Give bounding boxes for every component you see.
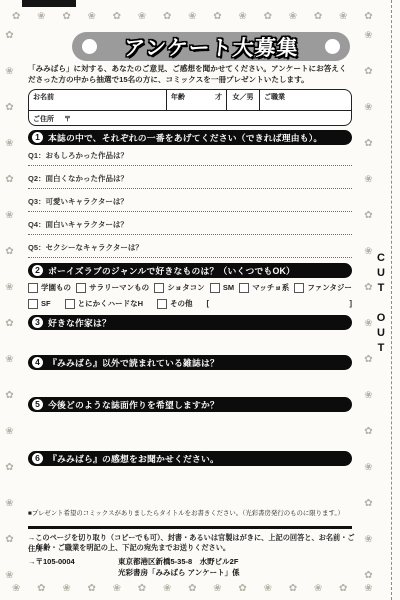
mailing-address-row: →〒105-0004 東京都港区新橋5-35-8 水野ビル2F	[28, 556, 358, 567]
footer-divider	[28, 526, 352, 529]
address-field[interactable]: ご住所 〒	[29, 111, 351, 126]
address-line-1: 東京都港区新橋5-35-8 水野ビル2F	[118, 556, 238, 567]
section-1-number: 1	[32, 132, 43, 143]
genre-label-fantasy: ファンタジー	[307, 282, 352, 293]
genre-item-sm: SM	[210, 283, 234, 293]
address-label: ご住所	[33, 114, 54, 124]
page-title: アンケート大募集	[122, 32, 299, 62]
section-1-header: 1 本誌の中で、それぞれの一番をあげてください（できれば理由も）。	[28, 130, 352, 145]
checkbox-macho[interactable]	[239, 283, 249, 293]
genre-item-salaryman: サラリーマンもの	[76, 282, 149, 293]
section-3-header: 3 好きな作家は？	[28, 315, 352, 330]
checkbox-shotacon[interactable]	[154, 283, 164, 293]
genre-checkbox-row-1: 学園もの サラリーマンもの ショタコン SM マッチョ系 ファンタジー	[28, 282, 352, 293]
checkbox-salaryman[interactable]	[76, 283, 86, 293]
answer-area-section-4[interactable]	[28, 372, 352, 394]
questionnaire-page: CUT OUT アンケート大募集 「みみばら」に対する、あなたのご意見、ご感想を…	[0, 0, 400, 600]
answer-area-section-6[interactable]	[28, 468, 352, 504]
question-4-label: Q4：面白いキャラクターは？	[28, 219, 352, 230]
mailing-address-row-2: 光彩書房「みみばら アンケート」係	[28, 567, 358, 578]
section-6-number: 6	[32, 453, 43, 464]
genre-label-sm: SM	[223, 283, 234, 292]
answer-line-q3[interactable]	[28, 211, 352, 212]
checkbox-hard-h[interactable]	[65, 299, 75, 309]
section-2-title: ボーイズラブのジャンルで好きなものは？（いくつでもOK）	[48, 264, 295, 277]
checkbox-sf[interactable]	[28, 299, 38, 309]
age-unit-label: 才	[215, 92, 222, 108]
other-bracket-open: [	[207, 299, 210, 308]
answer-line-q2[interactable]	[28, 188, 352, 189]
checkbox-sm[interactable]	[210, 283, 220, 293]
section-4-title: 『みみばら』以外で読まれている雑誌は？	[48, 356, 219, 369]
flower-border-right-icon	[360, 30, 375, 578]
section-4-header: 4 『みみばら』以外で読まれている雑誌は？	[28, 355, 352, 370]
genre-label-other: その他	[170, 298, 193, 309]
genre-checkbox-row-2: SF とにかくハードなH その他 [ ]	[28, 298, 352, 309]
section-5-number: 5	[32, 399, 43, 410]
section-1-title: 本誌の中で、それぞれの一番をあげてください（できれば理由も）。	[48, 131, 322, 144]
genre-item-other: その他	[157, 298, 193, 309]
section-5-header: 5 今後どのような誌面作りを希望しますか？	[28, 397, 352, 412]
genre-label-salaryman: サラリーマンもの	[89, 282, 149, 293]
genre-item-macho: マッチョ系	[239, 282, 289, 293]
question-5-label: Q5：セクシーなキャラクターは？	[28, 242, 352, 253]
checkbox-other[interactable]	[157, 299, 167, 309]
checkbox-fantasy[interactable]	[294, 283, 304, 293]
answer-area-section-3[interactable]	[28, 332, 352, 352]
present-request-note: ■プレゼント希望のコミックスがありましたらタイトルをお書きください。（光彩書房発…	[28, 508, 352, 517]
genre-label-shotacon: ショタコン	[167, 282, 204, 293]
genre-item-sf: SF	[28, 299, 51, 309]
section-6-title: 『みみばら』の感想をお聞かせください。	[48, 452, 219, 465]
section-5-title: 今後どのような誌面作りを希望しますか？	[48, 398, 219, 411]
gender-label: 女／男	[233, 94, 254, 101]
answer-line-q5[interactable]	[28, 257, 352, 258]
genre-item-fantasy: ファンタジー	[294, 282, 352, 293]
question-2-label: Q2：面白くなかった作品は？	[28, 173, 352, 184]
occupation-field[interactable]: ご職業	[259, 90, 351, 110]
scan-artifact	[22, 0, 76, 7]
intro-text: 「みみばら」に対する、あなたのご意見、ご感想を聞かせてください。アンケートにお答…	[28, 63, 354, 85]
answer-line-q4[interactable]	[28, 234, 352, 235]
name-field[interactable]: お名前	[29, 90, 166, 110]
genre-item-gakuen: 学園もの	[28, 282, 71, 293]
info-table-row-1: お名前 年齢 才 女／男 ご職業	[29, 90, 351, 111]
section-3-number: 3	[32, 317, 43, 328]
postal-code: →〒105-0004	[28, 556, 118, 567]
respondent-info-table: お名前 年齢 才 女／男 ご職業 ご住所 〒	[28, 89, 352, 126]
section-2-header: 2 ボーイズラブのジャンルで好きなものは？（いくつでもOK）	[28, 263, 352, 278]
genre-label-hard-h: とにかくハードなH	[78, 298, 143, 309]
postal-mark: 〒	[64, 114, 71, 124]
age-field[interactable]: 年齢 才	[166, 90, 226, 110]
occupation-label: ご職業	[264, 94, 285, 101]
flower-border-left-icon	[1, 30, 16, 578]
genre-label-macho: マッチョ系	[252, 282, 289, 293]
address-line-2: 光彩書房「みみばら アンケート」係	[118, 567, 240, 578]
cut-dashed-line	[391, 0, 392, 600]
flower-border-bottom-icon	[12, 582, 388, 598]
other-bracket-close: ]	[349, 299, 352, 308]
genre-label-gakuen: 学園もの	[41, 282, 71, 293]
genre-item-hard-h: とにかくハードなH	[65, 298, 143, 309]
age-label: 年齢	[171, 92, 185, 108]
genre-item-shotacon: ショタコン	[154, 282, 204, 293]
cut-instruction-line-2: 年齢・ご職業を明記の上、下記の宛先までお送りください。	[28, 543, 358, 554]
genre-label-sf: SF	[41, 299, 51, 308]
answer-area-section-5[interactable]	[28, 414, 352, 448]
title-banner: アンケート大募集	[72, 32, 350, 61]
question-1-label: Q1：おもしろかった作品は？	[28, 150, 352, 161]
section-4-number: 4	[32, 357, 43, 368]
section-3-title: 好きな作家は？	[48, 316, 111, 329]
question-3-label: Q3：可愛いキャラクターは？	[28, 196, 352, 207]
gender-field[interactable]: 女／男	[226, 90, 259, 110]
section-6-header: 6 『みみばら』の感想をお聞かせください。	[28, 451, 352, 466]
flower-border-top-icon	[12, 10, 388, 26]
section-2-number: 2	[32, 265, 43, 276]
cut-out-label: CUT OUT	[375, 252, 387, 362]
name-label: お名前	[33, 94, 54, 101]
answer-line-q1[interactable]	[28, 165, 352, 166]
checkbox-gakuen[interactable]	[28, 283, 38, 293]
